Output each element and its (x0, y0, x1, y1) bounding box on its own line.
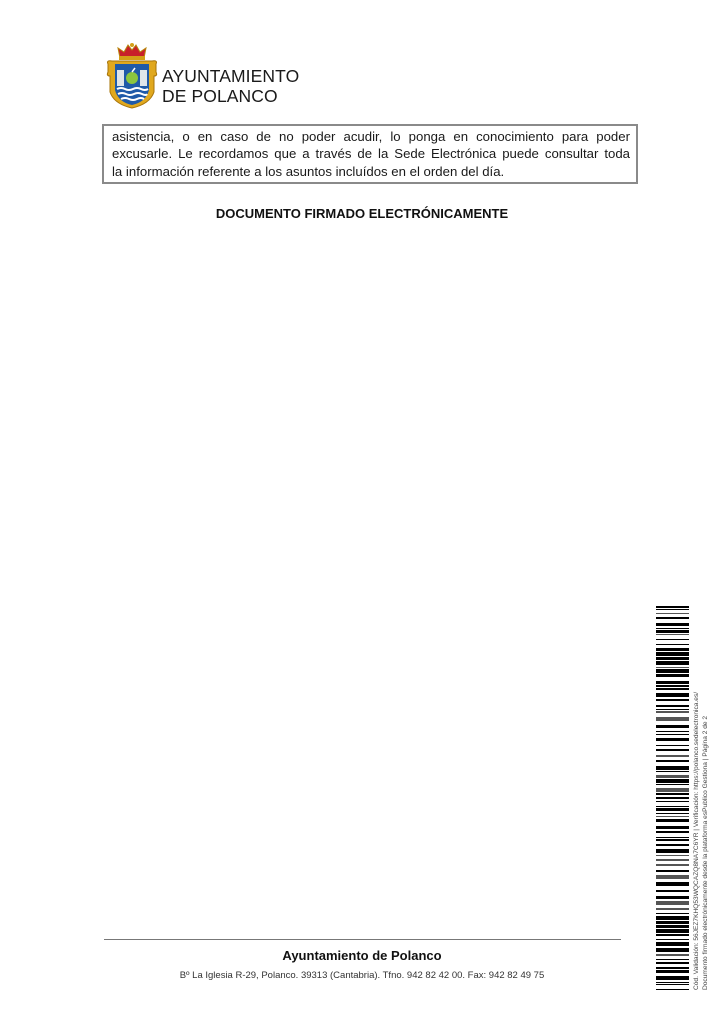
footer-title: Ayuntamiento de Polanco (0, 948, 724, 963)
verification-text: Cód. Validación: 56JEZ7KHQ53WQCAZQ8NA7C6… (692, 606, 716, 990)
footer-address: Bº La Iglesia R-29, Polanco. 39313 (Cant… (0, 970, 724, 981)
verification-code-line: Cód. Validación: 56JEZ7KHQ53WQCAZQ8NA7C6… (692, 606, 701, 990)
notice-line: excusarle. Le recordamos que a través de… (112, 145, 630, 162)
organization-name-line1: AYUNTAMIENTO (162, 66, 299, 86)
coat-of-arms-icon (106, 42, 158, 110)
signed-document-title: DOCUMENTO FIRMADO ELECTRÓNICAMENTE (0, 206, 724, 221)
notice-box: asistencia, o en caso de no poder acudir… (102, 124, 638, 184)
verification-platform-line: Documento firmado electrónicamente desde… (701, 606, 710, 990)
notice-line: asistencia, o en caso de no poder acudir… (112, 128, 630, 145)
barcode-icon (656, 606, 689, 990)
footer-divider (104, 939, 621, 940)
organization-name: AYUNTAMIENTO DE POLANCO (162, 66, 299, 106)
notice-line: la información referente a los asuntos i… (112, 163, 630, 180)
organization-name-line2: DE POLANCO (162, 86, 299, 106)
